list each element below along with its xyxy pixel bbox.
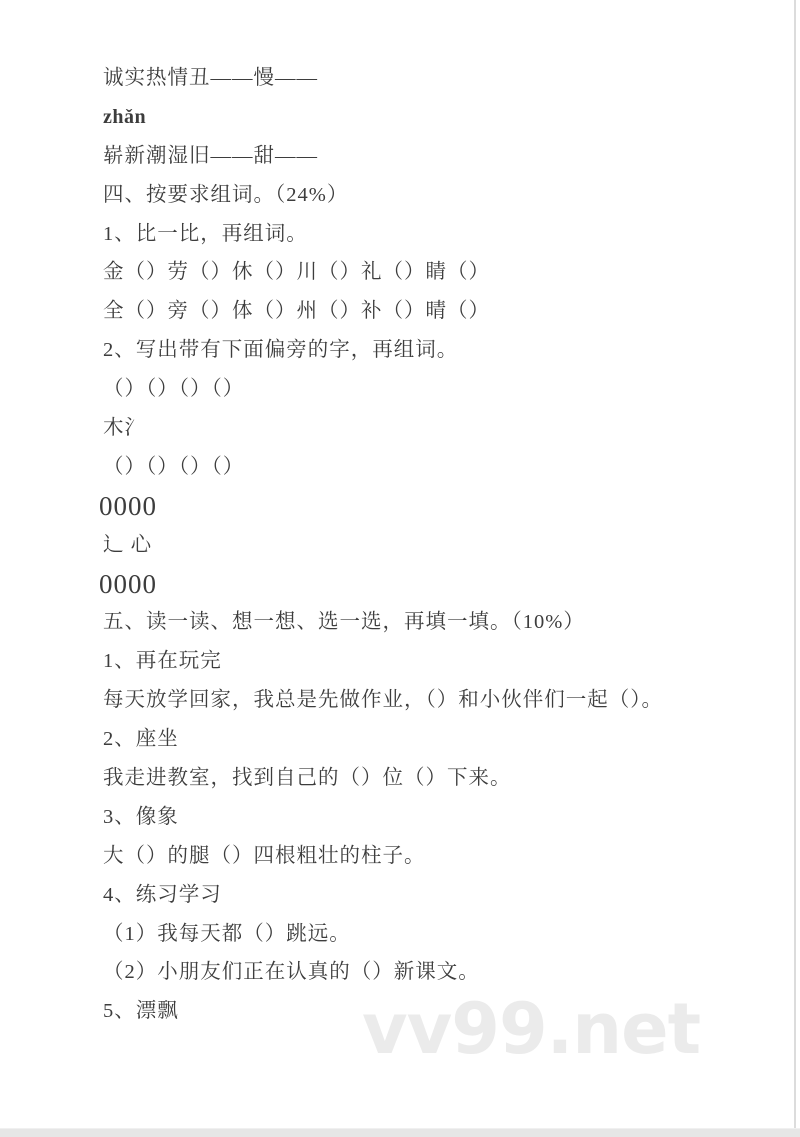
page-right-edge xyxy=(794,0,796,1130)
text-line: （）（）（）（） xyxy=(103,370,790,409)
text-line: zhǎn xyxy=(103,98,790,137)
text-line: 2、写出带有下面偏旁的字，再组词。 xyxy=(103,331,790,370)
text-line: 辶 心 xyxy=(103,526,790,565)
text-line: 2、座坐 xyxy=(103,720,790,759)
watermark-text: vv99.net xyxy=(362,994,700,1064)
text-line: 1、比一比，再组词。 xyxy=(103,215,790,254)
text-line: （1）我每天都（）跳远。 xyxy=(103,915,790,954)
text-line: 3、像象 xyxy=(103,798,790,837)
text-line: 0000 xyxy=(99,565,790,604)
text-line: （2）小朋友们正在认真的（）新课文。 xyxy=(103,953,790,992)
page-bottom-gutter xyxy=(0,1128,800,1137)
text-line: 大（）的腿（）四根粗壮的柱子。 xyxy=(103,837,790,876)
text-line: 我走进教室，找到自己的（）位（）下来。 xyxy=(103,759,790,798)
text-line: 四、按要求组词。（24%） xyxy=(103,176,790,215)
text-line: 1、再在玩完 xyxy=(103,642,790,681)
text-line: 诚实热情丑——慢—— xyxy=(103,59,790,98)
document-text: 诚实热情丑——慢——zhǎn崭新潮湿旧——甜——四、按要求组词。（24%）1、比… xyxy=(103,59,790,1031)
text-line: 0000 xyxy=(99,487,790,526)
text-line: 木氵 xyxy=(103,409,790,448)
text-line: 金（）劳（）休（）川（）礼（）睛（） xyxy=(103,253,790,292)
text-line: 每天放学回家，我总是先做作业，（）和小伙伴们一起（）。 xyxy=(103,681,790,720)
text-line: 4、练习学习 xyxy=(103,876,790,915)
text-line: 五、读一读、想一想、选一选，再填一填。（10%） xyxy=(103,603,790,642)
text-line: 全（）旁（）体（）州（）补（）晴（） xyxy=(103,292,790,331)
text-line: 崭新潮湿旧——甜—— xyxy=(103,137,790,176)
document-page: 诚实热情丑——慢——zhǎn崭新潮湿旧——甜——四、按要求组词。（24%）1、比… xyxy=(0,0,800,1129)
text-line: （）（）（）（） xyxy=(103,448,790,487)
